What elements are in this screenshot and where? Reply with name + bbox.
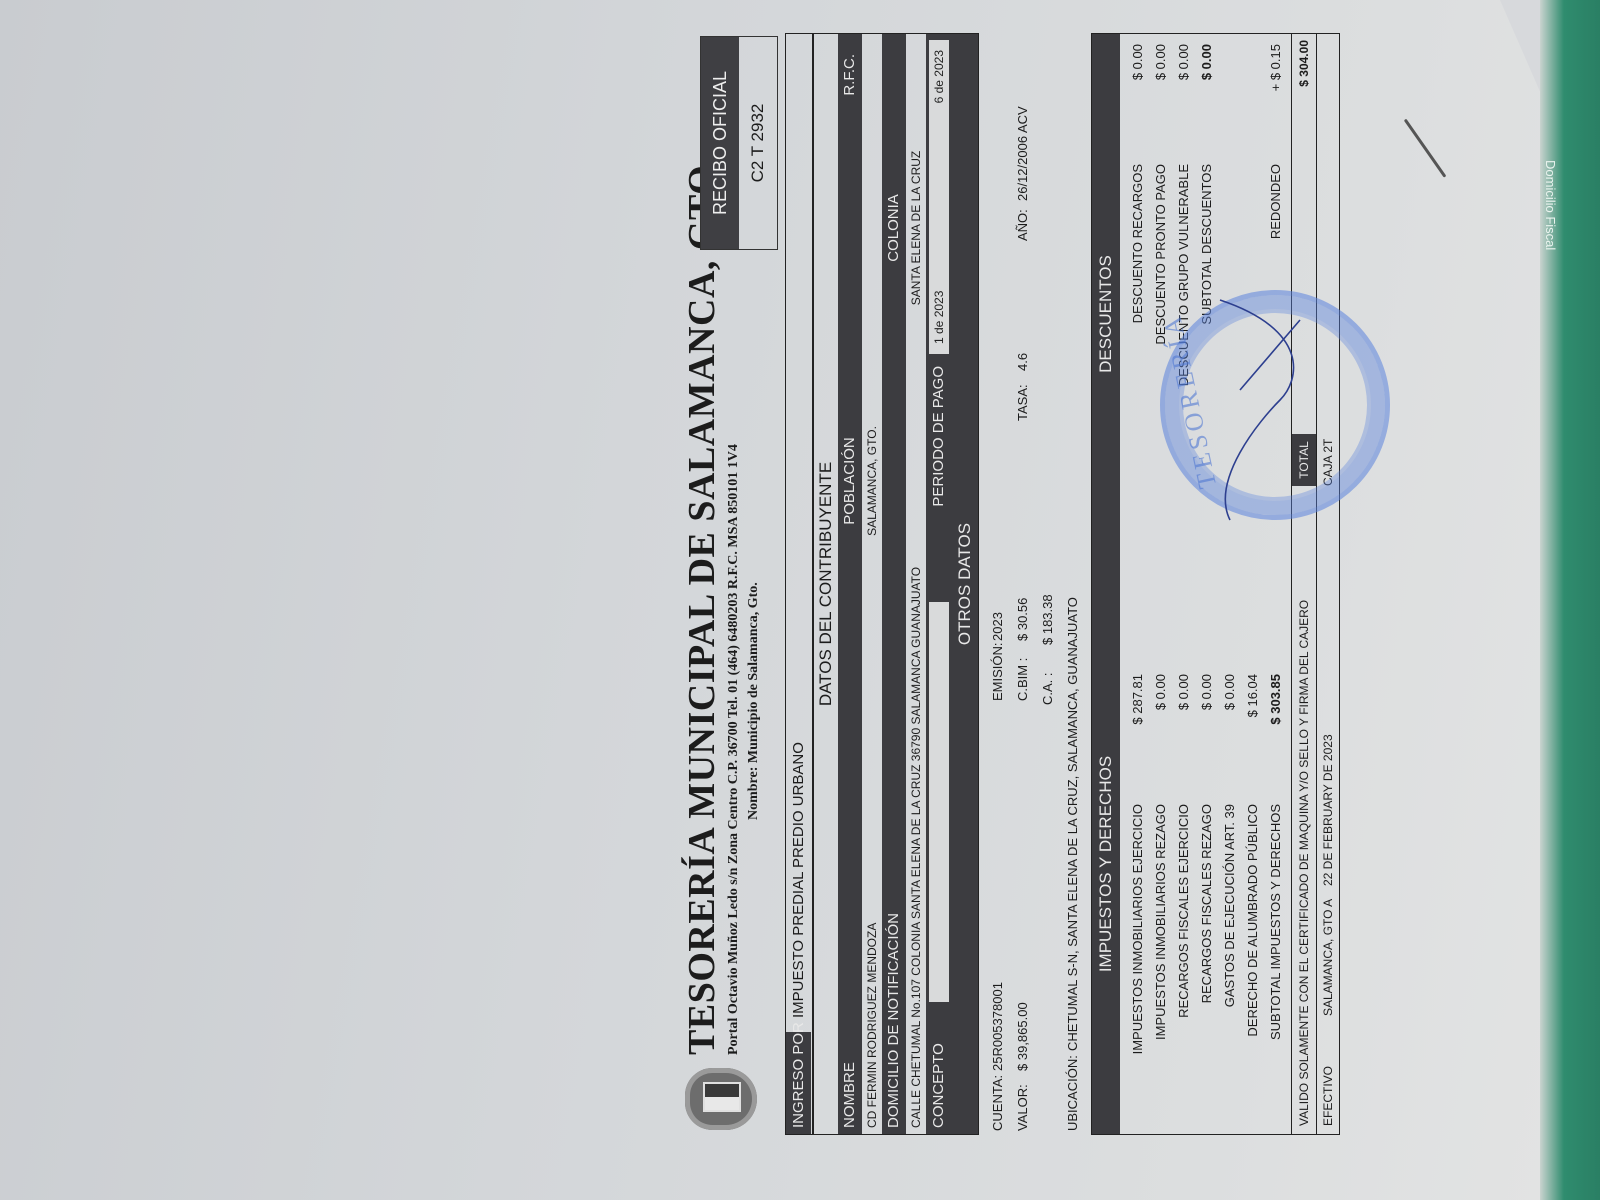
place-label: SALAMANCA, GTO A <box>1317 886 1339 1016</box>
receipt-number-box: RECIBO OFICIAL C2 T 2932 <box>700 36 778 250</box>
validity-total-row: VALIDO SOLAMENTE CON EL CERTIFICADO DE M… <box>1291 34 1316 1134</box>
ubicacion-value: CHETUMAL S-N, SANTA ELENA DE LA CRUZ, SA… <box>1065 597 1080 1051</box>
tasa-label: TASA: <box>1015 371 1030 421</box>
impuestos-title: IMPUESTOS Y DERECHOS <box>1092 594 1120 1134</box>
contribuyente-values-row: CD FERMIN RODRIGUEZ MENDOZA SALAMANCA, G… <box>862 34 882 1134</box>
receipt: TESORERÍA MUNICIPAL DE SALAMANCA, GTO. P… <box>680 30 1360 1140</box>
impuesto-item: DERECHO DE ALUMBRADO PÚBLICO$ 16.04 <box>1241 594 1264 1134</box>
ingreso-row: INGRESO POR IMPUESTO PREDIAL PREDIO URBA… <box>785 33 813 1135</box>
valor-label: VALOR: <box>1015 1071 1030 1135</box>
validity-note: VALIDO SOLAMENTE CON EL CERTIFICADO DE M… <box>1292 486 1316 1134</box>
impuesto-item: IMPUESTOS INMOBILIARIOS EJERCICIO$ 287.8… <box>1126 594 1149 1134</box>
total-value: $ 304.00 <box>1292 34 1316 434</box>
descuentos-list: DESCUENTO RECARGOS$ 0.00 DESCUENTO PRONT… <box>1126 34 1287 594</box>
concepto-label: CONCEPTO <box>926 1002 951 1134</box>
impuesto-item: RECARGOS FISCALES REZAGO$ 0.00 <box>1195 594 1218 1134</box>
ingreso-label: INGRESO POR <box>786 1032 811 1134</box>
domicilio-header-row: DOMICILIO DE NOTIFICACIÓN COLONIA <box>882 34 906 1134</box>
tasa-value: 4.6 <box>1015 241 1030 371</box>
cuenta-row: CUENTA: 25R005378001 EMISIÓN: 2023 <box>985 35 1010 1135</box>
impuesto-item: GASTOS DE EJECUCIÓN ART. 39$ 0.00 <box>1218 594 1241 1134</box>
descuentos-subtotal: SUBTOTAL DESCUENTOS$ 0.00 <box>1195 34 1218 594</box>
domicilio-label: DOMICILIO DE NOTIFICACIÓN <box>882 422 907 1134</box>
name-line: Nombre: Municipio de Salamanca, Gto. <box>746 582 762 820</box>
rfc-label: R.F.C. <box>838 34 863 260</box>
emision-value: 2023 <box>990 561 1005 641</box>
impuestos-descuentos-body: IMPUESTOS INMOBILIARIOS EJERCICIO$ 287.8… <box>1120 34 1291 1134</box>
payment-method: EFECTIVO <box>1317 1016 1339 1134</box>
folder-label: Domicilio Fiscal <box>1543 160 1558 250</box>
impuestos-descuentos-section: IMPUESTOS Y DERECHOS DESCUENTOS IMPUESTO… <box>1091 33 1340 1135</box>
ca-value: $ 183.38 <box>1040 594 1055 645</box>
total-label: TOTAL <box>1292 434 1316 486</box>
footer-row: EFECTIVO SALAMANCA, GTO A 22 DE FEBRUARY… <box>1316 34 1339 1134</box>
anio-label: AÑO: <box>1015 201 1030 241</box>
receipt-title: TESORERÍA MUNICIPAL DE SALAMANCA, GTO. <box>680 155 724 1055</box>
descuentos-title: DESCUENTOS <box>1092 34 1120 594</box>
impuestos-subtotal: SUBTOTAL IMPUESTOS Y DERECHOS$ 303.85 <box>1264 594 1287 1134</box>
periodo-to: 6 de 2023 <box>929 50 949 103</box>
cuenta-value: 25R005378001 <box>990 701 1005 1071</box>
contribuyente-section: DATOS DEL CONTRIBUYENTE NOMBRE POBLACIÓN… <box>813 33 979 1135</box>
contribuyente-title: DATOS DEL CONTRIBUYENTE <box>814 34 838 1134</box>
receipt-number: C2 T 2932 <box>739 37 777 249</box>
caja-label: CAJA 2T <box>1317 386 1339 486</box>
emision-label: EMISIÓN: <box>990 641 1005 701</box>
receipt-label: RECIBO OFICIAL <box>701 37 739 249</box>
valor-value: $ 39,865.00 <box>1015 701 1030 1071</box>
ubicacion-label: UBICACIÓN: <box>1065 1051 1080 1135</box>
receipt-date: 22 DE FEBRUARY DE 2023 <box>1317 486 1339 886</box>
nombre-label: NOMBRE <box>838 702 863 1134</box>
cbim-value: $ 30.56 <box>1015 421 1030 641</box>
impuesto-item: RECARGOS FISCALES EJERCICIO$ 0.00 <box>1172 594 1195 1134</box>
ubicacion-row: UBICACIÓN: CHETUMAL S-N, SANTA ELENA DE … <box>1060 35 1085 1135</box>
otros-datos-section: CUENTA: 25R005378001 EMISIÓN: 2023 VALOR… <box>979 35 1091 1135</box>
receipt-header: TESORERÍA MUNICIPAL DE SALAMANCA, GTO. P… <box>680 30 785 1140</box>
address-line: Portal Octavio Muñoz Ledo s/n Zona Centr… <box>726 444 742 1055</box>
redondeo-row: REDONDEO+ $ 0.15 <box>1264 34 1287 594</box>
cuenta-label: CUENTA: <box>990 1071 1005 1135</box>
otros-datos-title: OTROS DATOS <box>952 34 978 1134</box>
impuesto-item: IMPUESTOS INMOBILIARIOS REZAGO$ 0.00 <box>1149 594 1172 1134</box>
ca-row: C.A. : $ 183.38 <box>1035 35 1060 1135</box>
colonia-label: COLONIA <box>882 34 907 422</box>
valor-row: VALOR: $ 39,865.00 C.BIM : $ 30.56 TASA:… <box>1010 35 1035 1135</box>
ca-label: C.A. : <box>1040 645 1055 705</box>
concepto-row: CONCEPTO PERIODO DE PAGO 1 de 2023 6 de … <box>926 34 952 1134</box>
domicilio-values-row: CALLE CHETUMAL No.107 COLONIA SANTA ELEN… <box>906 34 926 1134</box>
periodo-values: 1 de 2023 6 de 2023 <box>929 40 949 354</box>
descuento-item: DESCUENTO RECARGOS$ 0.00 <box>1126 34 1149 594</box>
periodo-from: 1 de 2023 <box>929 291 949 344</box>
concepto-value <box>929 602 949 1002</box>
periodo-label: PERIODO DE PAGO <box>926 360 951 602</box>
contribuyente-header-row: NOMBRE POBLACIÓN R.F.C. <box>838 34 862 1134</box>
ingreso-value: IMPUESTO PREDIAL PREDIO URBANO <box>786 736 811 1032</box>
municipal-crest-icon <box>685 1068 757 1130</box>
impuestos-descuentos-header: IMPUESTOS Y DERECHOS DESCUENTOS <box>1092 34 1120 1134</box>
poblacion-label: POBLACIÓN <box>838 260 863 702</box>
cbim-label: C.BIM : <box>1015 641 1030 701</box>
impuestos-list: IMPUESTOS INMOBILIARIOS EJERCICIO$ 287.8… <box>1126 594 1287 1134</box>
anio-value: 26/12/2006 ACV <box>1015 106 1030 201</box>
